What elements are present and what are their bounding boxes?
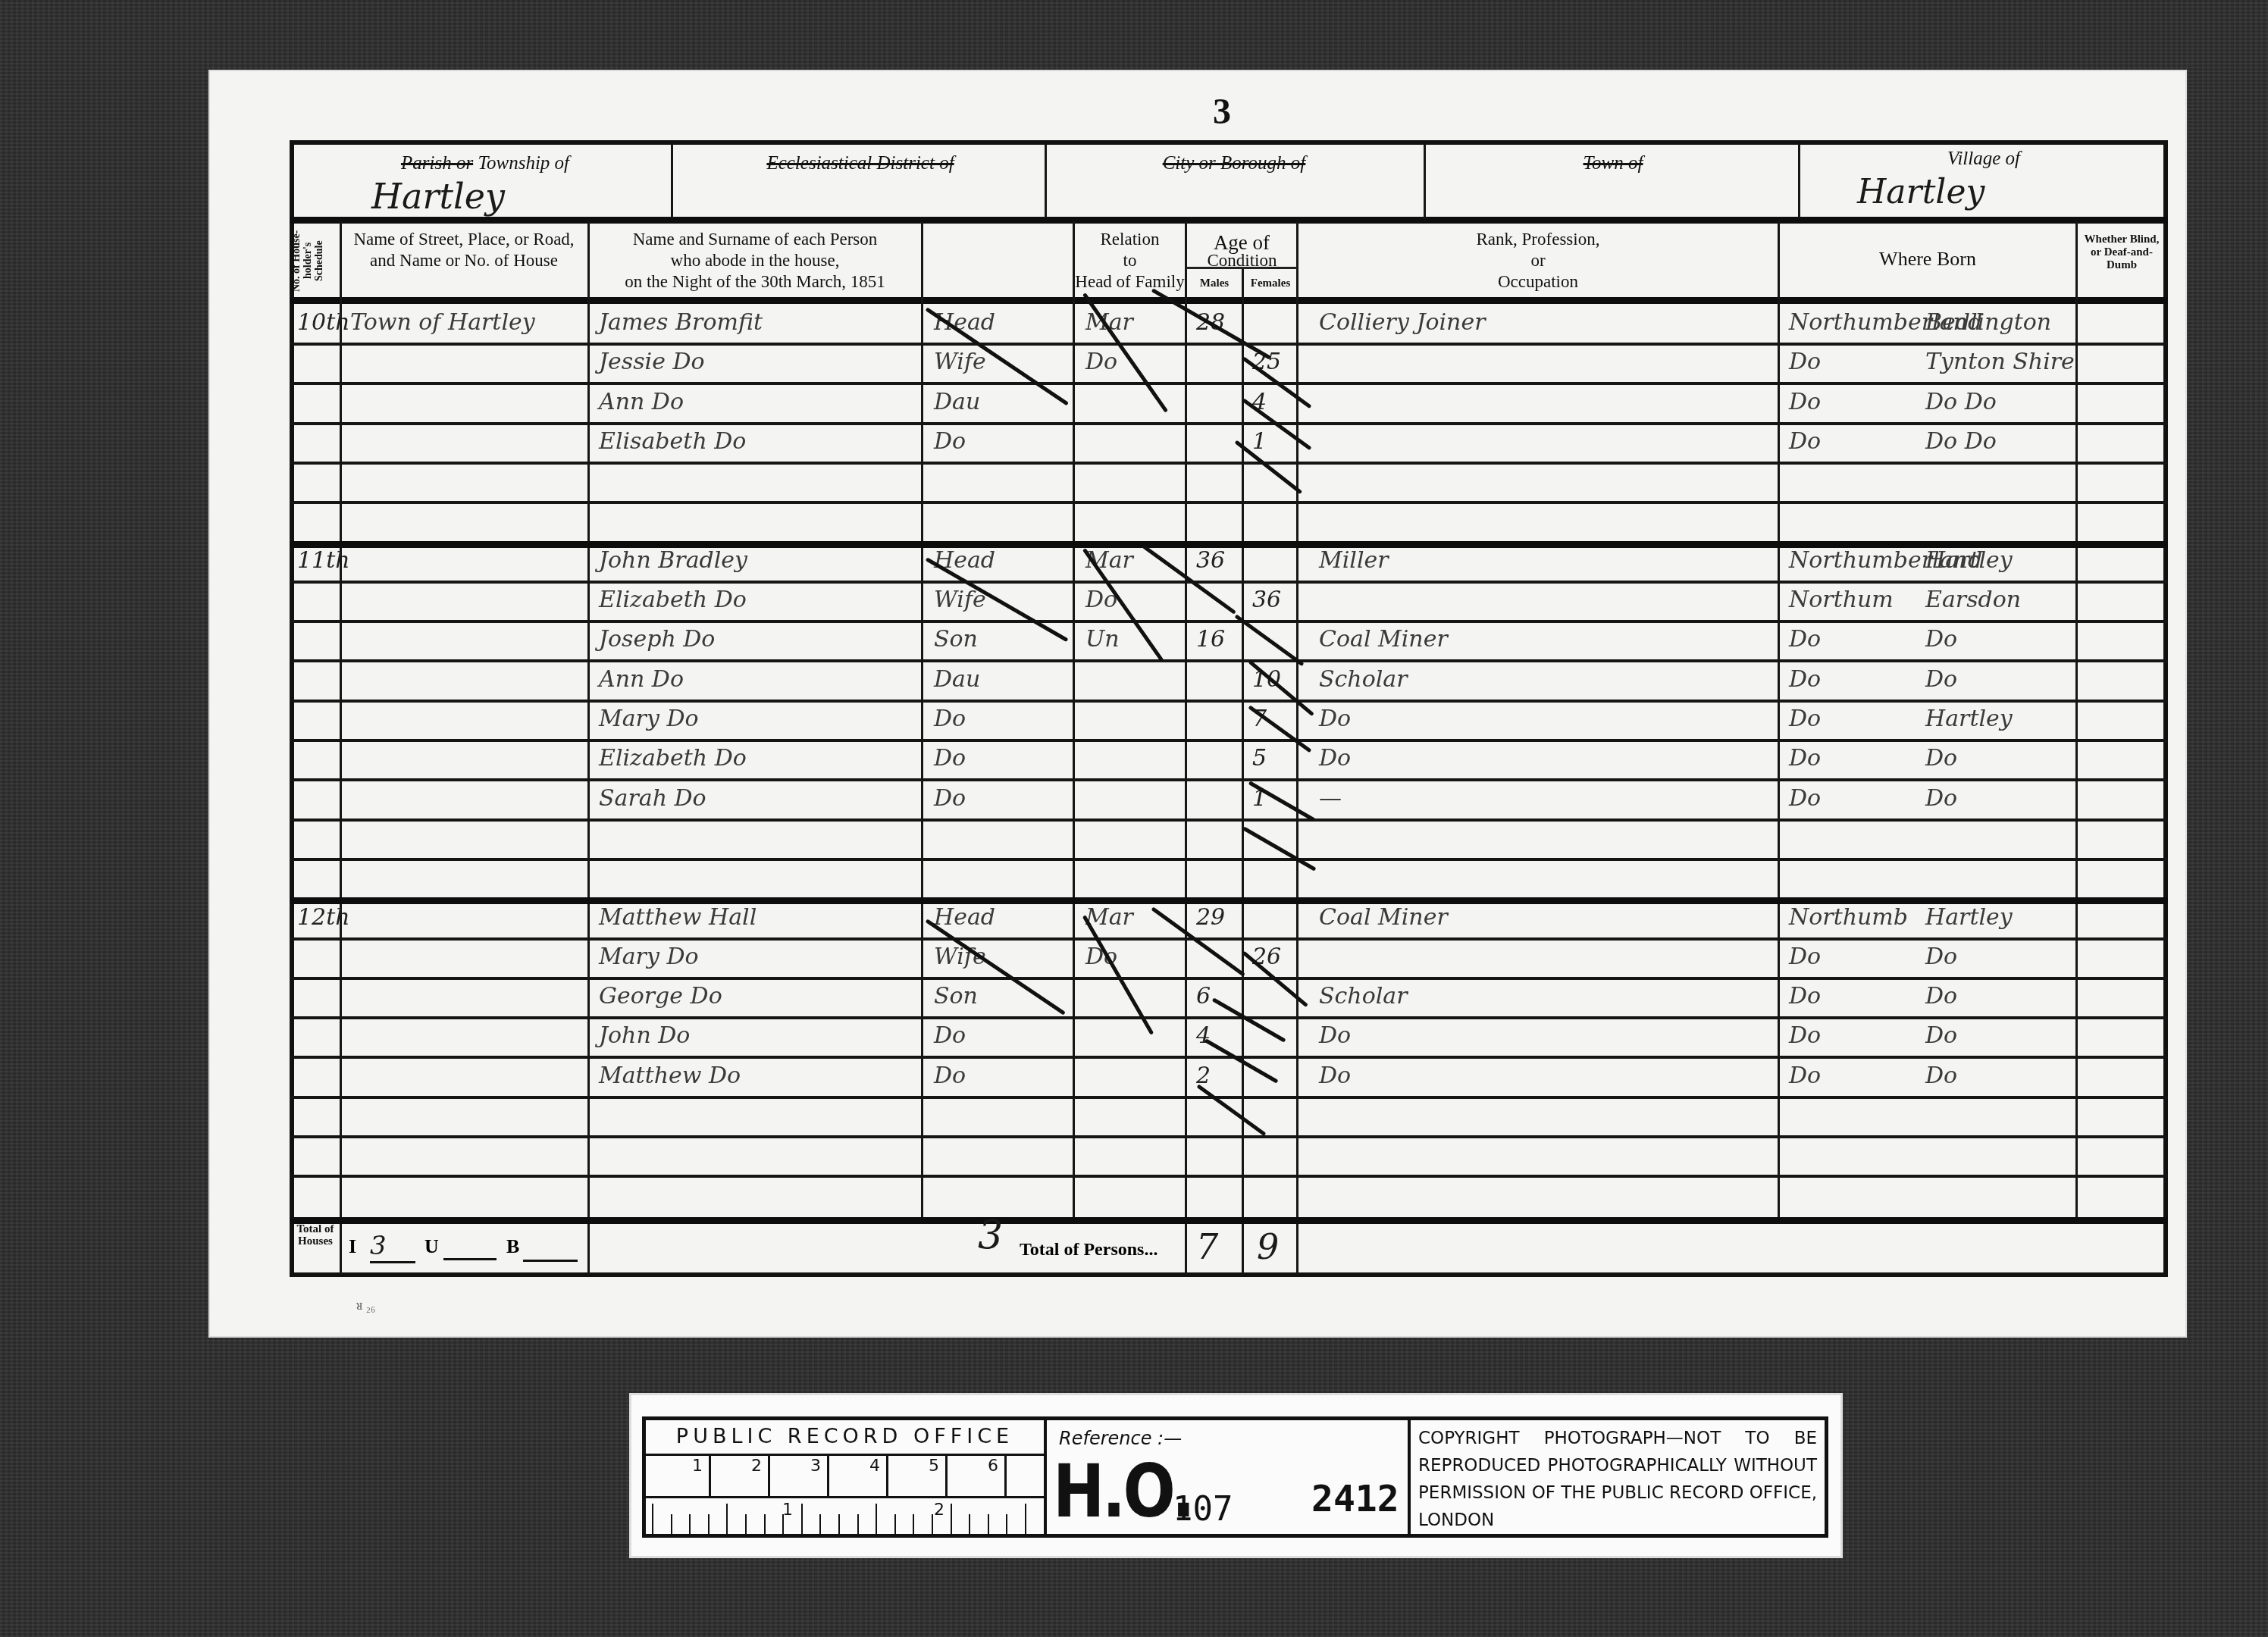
parish-struck-label: Parish or (401, 153, 473, 174)
cell-relation: Do (934, 785, 966, 812)
row-line (290, 659, 2168, 662)
row-line (290, 462, 2168, 465)
cell-relation: Son (934, 626, 978, 653)
cell-born-b: Do (1925, 666, 1957, 693)
building-prefix: B (506, 1235, 519, 1258)
uninhabited-value (443, 1258, 497, 1260)
cell-relation: Do (934, 745, 966, 772)
name-header-line: Name and Surname of each Person (590, 229, 920, 250)
region-divider (1045, 144, 1047, 218)
cell-name: Matthew Do (599, 1063, 741, 1089)
ruler-tick (689, 1514, 691, 1534)
ruler-number: 4 (869, 1457, 880, 1476)
cell-relation: Son (934, 983, 978, 1009)
ruler-tick (876, 1504, 877, 1534)
total-persons-label: Total of Persons... (1020, 1240, 1157, 1260)
col-divider (1073, 221, 1075, 1220)
cell-born-a: Do (1789, 983, 1821, 1009)
total-females: 9 (1257, 1226, 1279, 1267)
cell-male-age: 16 (1196, 626, 1225, 653)
col-header-where-born: Where Born (1780, 249, 2075, 270)
ruler-tick (857, 1514, 859, 1534)
cell-occupation: — (1319, 785, 1342, 812)
totals-houses-label: Total of Houses (293, 1223, 338, 1272)
col-header-blind: Whether Blind, or Deaf-and-Dumb (2078, 233, 2165, 272)
col-divider (2075, 221, 2078, 1220)
col-header-schedule: No. of House-holder's Schedule (291, 227, 337, 294)
col-header-street: Name of Street, Place, or Road, and Name… (343, 229, 585, 271)
cell-name: Elisabeth Do (599, 428, 746, 455)
ruler-tick (913, 1514, 914, 1534)
row-line (290, 858, 2168, 861)
cell-born-b: Do Do (1925, 389, 1997, 415)
cell-born-a: Do (1789, 428, 1821, 455)
cell-occupation: Colliery Joiner (1319, 309, 1485, 336)
cell-name: Elizabeth Do (599, 587, 747, 613)
folio-stamp: ᴚ ₂₆ (356, 1297, 375, 1313)
cell-name: Ann Do (599, 389, 684, 415)
ruler-tick (671, 1514, 672, 1534)
col-header-occupation: Rank, Profession, or Occupation (1299, 229, 1777, 293)
cell-schedule: 12th (297, 904, 350, 931)
ruler-cell: 4 (829, 1454, 888, 1496)
cell-born-b: Do (1925, 983, 1957, 1009)
cell-born-a: Do (1789, 626, 1821, 653)
reference-class: H.O. (1053, 1454, 1192, 1529)
cell-name: Matthew Hall (599, 904, 757, 931)
col-header-females: Females (1244, 277, 1297, 290)
copyright-notice: COPYRIGHT PHOTOGRAPH—NOT TO BE REPRODUCE… (1408, 1420, 1825, 1534)
row-line (290, 977, 2168, 980)
row-line (290, 422, 2168, 425)
cell-occupation: Coal Miner (1319, 904, 1448, 931)
township-label: Township of (478, 153, 569, 174)
cell-female-age: 5 (1252, 745, 1267, 772)
cell-born-a: Do (1789, 389, 1821, 415)
row-line (290, 1175, 2168, 1178)
cell-born-b: Do (1925, 1063, 1957, 1089)
ruler-tick (801, 1504, 803, 1534)
row-line (290, 700, 2168, 703)
page-number: 3 (1213, 91, 1231, 133)
households-mark: 3 (978, 1213, 1003, 1258)
ruler-tick (745, 1514, 747, 1534)
inhabited-prefix: I (349, 1235, 356, 1258)
col-header-age-of: Age of (1186, 232, 1297, 253)
occupation-header-line: Rank, Profession, (1299, 229, 1777, 250)
cell-born-a: Do (1789, 666, 1821, 693)
cell-street: Town of Hartley (350, 309, 535, 336)
cell-born-a: Do (1789, 944, 1821, 970)
relation-header-line: Relation (1075, 229, 1185, 250)
cell-relation: Do (934, 706, 966, 732)
region-divider (1798, 144, 1800, 218)
cell-occupation: Do (1319, 745, 1351, 772)
ecclesiastical-district-header: Ecclesiastical District of (678, 153, 1042, 174)
row-line (290, 778, 2168, 781)
cell-born-a: Do (1789, 1022, 1821, 1049)
cell-female-age: 1 (1252, 428, 1267, 455)
cell-born-b: Hartley (1925, 706, 2013, 732)
ruler-tick (838, 1514, 840, 1534)
city-borough-header: City or Borough of (1052, 153, 1416, 174)
cell-occupation: Scholar (1319, 666, 1408, 693)
ruler-tick (1006, 1514, 1007, 1534)
household-separator (290, 897, 2168, 904)
ruler-tick (951, 1504, 952, 1534)
cell-name: Jessie Do (599, 349, 705, 375)
region-header-divider (290, 217, 2168, 224)
cell-schedule: 11th (297, 547, 350, 574)
row-line (290, 739, 2168, 742)
cell-female-age: 36 (1252, 587, 1281, 613)
col-divider (1242, 269, 1244, 1275)
cell-name: George Do (599, 983, 722, 1009)
ruler-cell: 5 (888, 1454, 948, 1496)
ruler-divider (646, 1496, 1044, 1498)
uninhabited-prefix: U (424, 1235, 439, 1258)
cell-born-a: Northumb (1789, 904, 1908, 931)
ruler-tick (1025, 1504, 1026, 1534)
total-males: 7 (1196, 1226, 1218, 1267)
col-divider (587, 221, 590, 1275)
region-divider (1424, 144, 1426, 218)
cell-relation: Head (934, 904, 995, 931)
totals-divider (290, 1217, 2168, 1224)
cell-male-age: 29 (1196, 904, 1225, 931)
cell-occupation: Coal Miner (1319, 626, 1448, 653)
row-line (290, 1016, 2168, 1019)
cell-name: Joseph Do (599, 626, 715, 653)
cell-name: John Bradley (599, 547, 747, 574)
cell-name: James Bromfit (599, 309, 763, 336)
village-value: Hartley (1857, 173, 1984, 211)
ruler-tick (708, 1514, 710, 1534)
cell-name: Sarah Do (599, 785, 706, 812)
cell-born-b: Hartley (1925, 547, 2013, 574)
col-divider (1296, 221, 1298, 1275)
reference-label-frame: PUBLIC RECORD OFFICE 12345612 Reference … (642, 1416, 1828, 1538)
cell-born-a: Do (1789, 785, 1821, 812)
village-header: Village of (1806, 149, 2162, 170)
name-header-line: on the Night of the 30th March, 1851 (590, 271, 920, 293)
col-divider (340, 221, 342, 1275)
ruler-number: 1 (692, 1457, 703, 1476)
cell-occupation: Do (1319, 1063, 1351, 1089)
row-line (290, 1135, 2168, 1138)
reference-piece: 107 (1173, 1490, 1233, 1529)
row-line (290, 581, 2168, 584)
cell-born-b: Do (1925, 785, 1957, 812)
column-header-divider (290, 297, 2168, 304)
cell-occupation: Do (1319, 706, 1351, 732)
row-line (290, 1096, 2168, 1099)
cell-occupation: Miller (1319, 547, 1389, 574)
ruler-number: 2 (751, 1457, 762, 1476)
relation-header-line: Head of Family (1075, 271, 1185, 293)
cell-born-b: Earsdon (1925, 587, 2021, 613)
cell-born-a: Do (1789, 745, 1821, 772)
cell-name: Ann Do (599, 666, 684, 693)
ruler-number: 3 (810, 1457, 821, 1476)
ruler-cell: 3 (770, 1454, 829, 1496)
ruler-tick (932, 1514, 933, 1534)
occupation-header-line: or (1299, 250, 1777, 271)
col-divider (1185, 221, 1187, 1275)
inhabited-value: 3 (370, 1231, 415, 1263)
occupation-header-line: Occupation (1299, 271, 1777, 293)
pro-reference-label: PUBLIC RECORD OFFICE 12345612 Reference … (629, 1393, 1843, 1558)
cell-name: Mary Do (599, 944, 699, 970)
cell-name: Mary Do (599, 706, 699, 732)
town-header: Town of (1431, 153, 1795, 174)
col-header-name: Name and Surname of each Person who abod… (590, 229, 920, 293)
ruler-cell: 1 (652, 1454, 711, 1496)
relation-header-line: to (1075, 250, 1185, 271)
cell-born-b: Do (1925, 745, 1957, 772)
cell-male-age: 4 (1196, 1022, 1211, 1049)
measuring-ruler: 12345612 (646, 1454, 1047, 1534)
cell-born-a: Do (1789, 349, 1821, 375)
cell-male-age: 6 (1196, 983, 1211, 1009)
reference-prefix: Reference :— (1059, 1428, 1182, 1449)
cell-condition: Un (1085, 626, 1120, 653)
ruler-tick (988, 1514, 989, 1534)
cell-condition: Do (1085, 349, 1117, 375)
ruler-cell: 6 (948, 1454, 1007, 1496)
cell-relation: Dau (934, 666, 980, 693)
cell-relation: Wife (934, 349, 986, 375)
public-record-office-title: PUBLIC RECORD OFFICE (646, 1420, 1047, 1456)
cell-born-a: Do (1789, 706, 1821, 732)
ruler-number: 1 (782, 1501, 793, 1520)
row-line (290, 620, 2168, 623)
ruler-number: 6 (988, 1457, 998, 1476)
name-header-line: who abode in the house, (590, 250, 920, 271)
ruler-tick (894, 1514, 896, 1534)
building-value (523, 1260, 578, 1262)
cell-male-age: 36 (1196, 547, 1225, 574)
col-divider (921, 221, 923, 1220)
col-header-males: Males (1187, 277, 1242, 290)
cell-name: John Do (599, 1022, 690, 1049)
ruler-tick (652, 1504, 653, 1534)
ruler-number: 5 (929, 1457, 939, 1476)
cell-born-b: Tynton Shire (1925, 349, 2075, 375)
row-line (290, 818, 2168, 822)
col-divider (1778, 221, 1780, 1220)
row-line (290, 501, 2168, 504)
cell-born-b: Bedlington (1925, 309, 2051, 336)
cell-born-b: Hartley (1925, 904, 2013, 931)
parish-value: Hartley (371, 176, 505, 217)
row-line (290, 382, 2168, 385)
cell-born-b: Do (1925, 944, 1957, 970)
ruler-tick (764, 1514, 766, 1534)
reference-folio: 2412 (1311, 1478, 1399, 1520)
cell-name: Elizabeth Do (599, 745, 747, 772)
ruler-cell: 2 (711, 1454, 770, 1496)
ruler-tick (726, 1504, 728, 1534)
col-header-relation: Relation to Head of Family (1075, 229, 1185, 293)
ruler-tick (819, 1514, 821, 1534)
cell-born-b: Do (1925, 626, 1957, 653)
parish-header: Parish or Township of (303, 153, 667, 174)
cell-relation: Do (934, 1063, 966, 1089)
cell-relation: Do (934, 1022, 966, 1049)
cell-occupation: Do (1319, 1022, 1351, 1049)
row-line (290, 343, 2168, 346)
cell-occupation: Scholar (1319, 983, 1408, 1009)
cell-born-b: Do (1925, 1022, 1957, 1049)
cell-born-b: Do Do (1925, 428, 1997, 455)
ruler-tick (969, 1514, 970, 1534)
cell-born-a: Do (1789, 1063, 1821, 1089)
cell-schedule: 10th (297, 309, 350, 336)
row-line (290, 937, 2168, 941)
region-divider (671, 144, 673, 218)
cell-born-a: Northum (1789, 587, 1894, 613)
cell-relation: Do (934, 428, 966, 455)
cell-relation: Dau (934, 389, 980, 415)
ruler-number: 2 (934, 1501, 944, 1520)
